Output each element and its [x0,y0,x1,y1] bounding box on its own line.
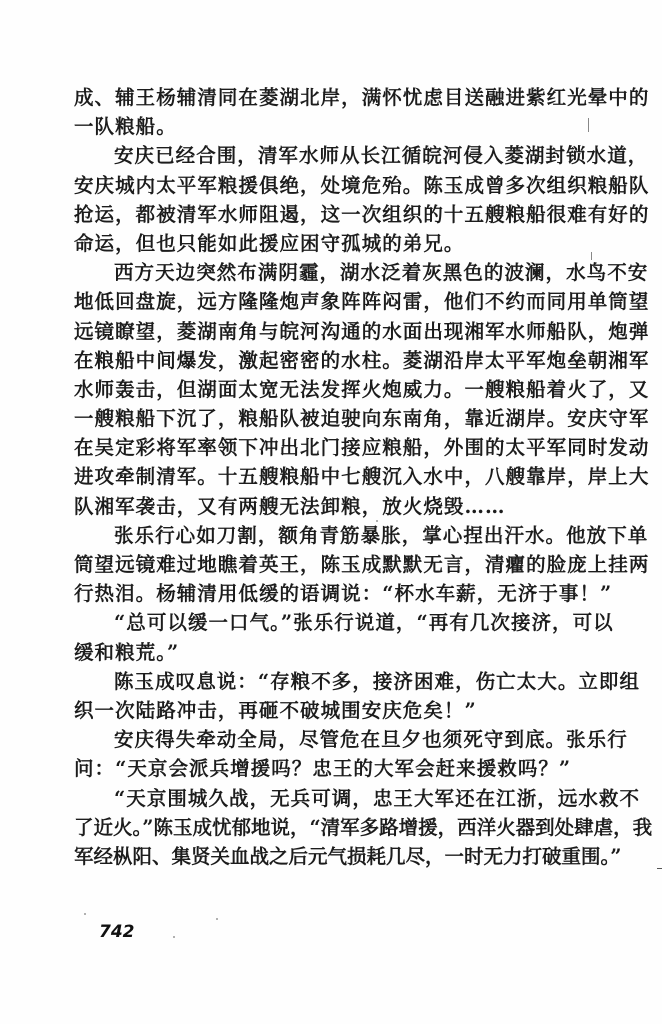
text-line: 水师轰击，但湖面太宽无法发挥火炮威力。一艘粮船着火了，又 [74,375,586,404]
text-line: 一艘粮船下沉了，粮船队被迫驶向东南角，靠近湖岸。安庆守军 [74,404,586,433]
scan-artifact [588,118,589,132]
text-line: 军经枞阳、集贤关血战之后元气损耗几尽，一时无力打破重围。” [74,842,586,871]
text-line: 织一次陆路冲击，再砸不破城围安庆危矣！” [74,696,594,725]
text-line: “总可以缓一口气。”张乐行说道，“再有几次接济，可以 [74,608,586,637]
scan-artifact [84,913,86,915]
text-line: 问：“天京会派兵增援吗？忠王的大军会赶来援救吗？” [74,754,594,783]
scan-artifact [376,520,378,522]
scan-artifact [216,918,218,920]
text-line: 安庆已经合围，清军水师从长江循皖河侵入菱湖封锁水道， [74,141,586,170]
text-line: 一队粮船。 [74,112,594,141]
text-line: 安庆城内太平军粮援俱绝，处境危殆。陈玉成曾多次组织粮船队 [74,171,586,200]
text-line: 在吴定彩将军率领下冲出北门接应粮船，外围的太平军同时发动 [74,433,586,462]
text-line: 地低回盘旋，远方隆隆炮声象阵阵闷雷，他们不约而同用单筒望 [74,287,586,316]
scan-artifact [591,252,592,260]
text-line: 西方天边突然布满阴霾，湖水泛着灰黑色的波澜，水鸟不安 [74,258,586,287]
text-line: 安庆得失牵动全局，尽管危在旦夕也须死守到底。张乐行 [74,725,586,754]
text-line: 进攻牵制清军。十五艘粮船中七艘沉入水中，八艘靠岸，岸上大 [74,462,586,491]
text-line: 成、辅王杨辅清同在菱湖北岸，满怀忧虑目送融进紫红光晕中的 [74,83,586,112]
text-line: 命运，但也只能如此援应困守孤城的弟兄。 [74,229,594,258]
text-line: 队湘军袭击，又有两艘无法卸粮，放火烧毁…… [74,492,594,521]
page-number: 742 [99,922,135,942]
body-text: 成、辅王杨辅清同在菱湖北岸，满怀忧虑目送融进紫红光晕中的 一队粮船。 安庆已经合… [74,83,594,871]
scan-artifact [657,868,662,869]
text-line: “天京围城久战，无兵可调，忠王大军还在江浙，远水救不 [74,784,586,813]
text-line: 远镜瞭望，菱湖南角与皖河沟通的水面出现湘军水师船队，炮弹 [74,317,586,346]
scan-artifact [173,936,175,938]
book-page: 成、辅王杨辅清同在菱湖北岸，满怀忧虑目送融进紫红光晕中的 一队粮船。 安庆已经合… [0,0,662,1024]
text-line: 在粮船中间爆发，激起密密的水柱。菱湖沿岸太平军炮垒朝湘军 [74,346,586,375]
text-line: 了近火。”陈玉成忧郁地说，“清军多路增援，西洋火器到处肆虐，我 [74,813,586,842]
scan-artifact [125,687,127,689]
text-line: 陈玉成叹息说：“存粮不多，接济困难，伤亡太大。立即组 [74,667,586,696]
text-line: 张乐行心如刀割，额角青筋暴胀，掌心捏出汗水。他放下单 [74,521,586,550]
text-line: 行热泪。杨辅清用低缓的语调说：“杯水车薪，无济于事！” [74,579,594,608]
text-line: 缓和粮荒。” [74,638,594,667]
text-line: 抢运，都被清军水师阻遏，这一次组织的十五艘粮船很难有好的 [74,200,586,229]
text-line: 筒望远镜难过地瞧着英王，陈玉成默默无言，清癯的脸庞上挂两 [74,550,586,579]
